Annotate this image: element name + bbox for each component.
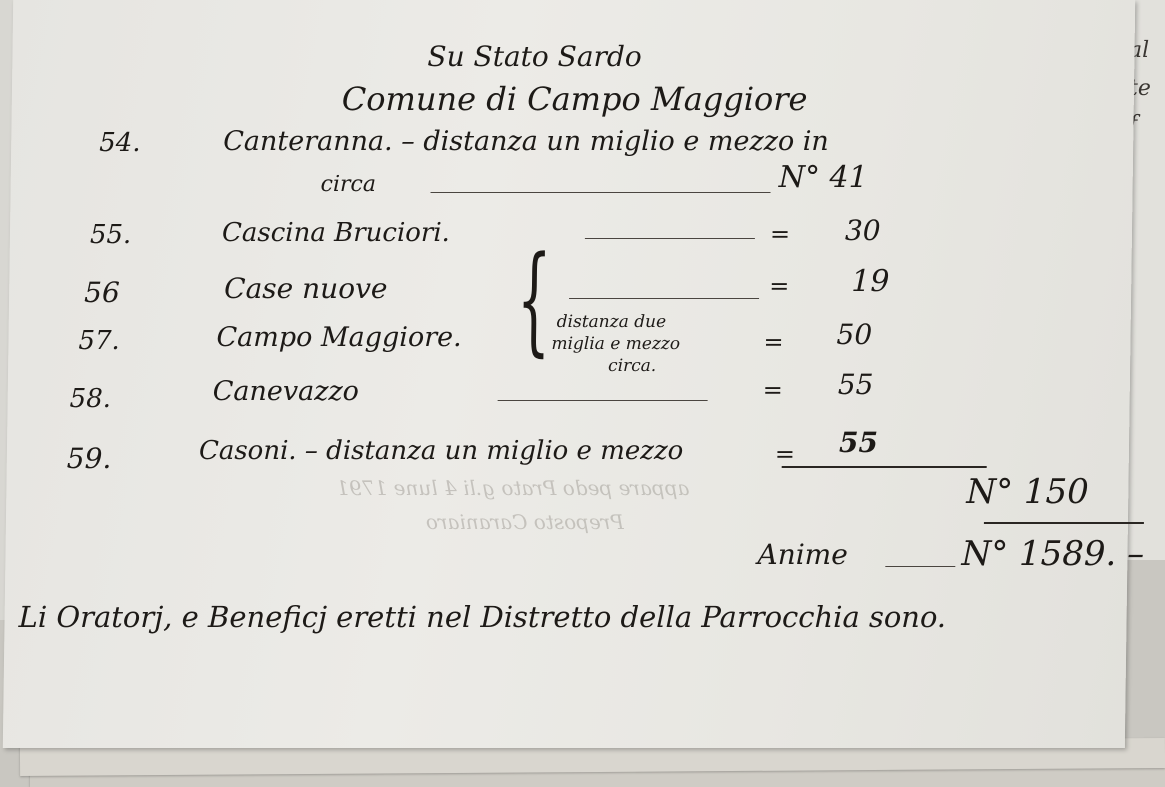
- footer-line: Li Oratorj, e Beneficj eretti nel Distre…: [18, 600, 946, 634]
- entry-number: 59.: [67, 442, 112, 475]
- document-subheading: Comune di Campo Maggiore: [342, 80, 808, 118]
- leader-line: [885, 566, 955, 567]
- manuscript-page: appare pedo Prato g.li 4 lune 1791 Prepo…: [3, 0, 1135, 748]
- bracket-note: miglia e mezzo: [551, 334, 680, 354]
- entry-note: circa: [320, 172, 376, 197]
- entry-number: 54.: [99, 128, 141, 158]
- total-value: N° 1589. –: [961, 534, 1144, 574]
- bleed-through-text: appare pedo Prato g.li 4 lune 1791: [336, 476, 689, 500]
- document-heading: Su Stato Sardo: [427, 40, 642, 73]
- entry-number: 56: [84, 276, 120, 309]
- subtotal-value: N° 150: [966, 472, 1089, 512]
- entry-value: 50: [836, 318, 872, 351]
- entry-place: Campo Maggiore.: [216, 322, 462, 353]
- bracket-note: circa.: [608, 356, 656, 376]
- equals-sign: =: [763, 328, 784, 356]
- equals-sign: =: [770, 220, 791, 248]
- entry-value: 19: [851, 264, 890, 299]
- entry-value: N° 41: [778, 160, 867, 195]
- entry-place: Case nuove: [224, 272, 388, 305]
- entry-place: Canevazzo: [213, 376, 360, 407]
- curly-bracket: {: [516, 240, 551, 358]
- entry-number: 58.: [69, 384, 111, 414]
- equals-sign: =: [769, 272, 790, 300]
- entry-place: Cascina Bruciori.: [222, 218, 450, 248]
- entry-number: 55.: [90, 220, 132, 250]
- entry-number: 57.: [78, 326, 120, 356]
- bleed-through-text: Preposto Caraniaro: [426, 510, 624, 534]
- entry-place: Canteranna. – distanza un miglio e mezzo…: [223, 126, 829, 157]
- total-label: Anime: [757, 538, 848, 571]
- entry-value: 30: [845, 214, 881, 247]
- entry-value: 55: [839, 426, 878, 459]
- sum-line: [984, 522, 1144, 524]
- leader-line: [585, 238, 755, 239]
- bracket-note: distanza due: [557, 312, 667, 332]
- equals-sign: =: [763, 376, 784, 404]
- leader-line: [569, 298, 759, 299]
- equals-sign: =: [775, 440, 796, 468]
- leader-line: [498, 400, 708, 401]
- entry-place: Casoni. – distanza un miglio e mezzo: [199, 436, 684, 466]
- entry-value: 55: [838, 368, 874, 401]
- sum-line: [782, 466, 987, 468]
- leader-line: [431, 192, 771, 193]
